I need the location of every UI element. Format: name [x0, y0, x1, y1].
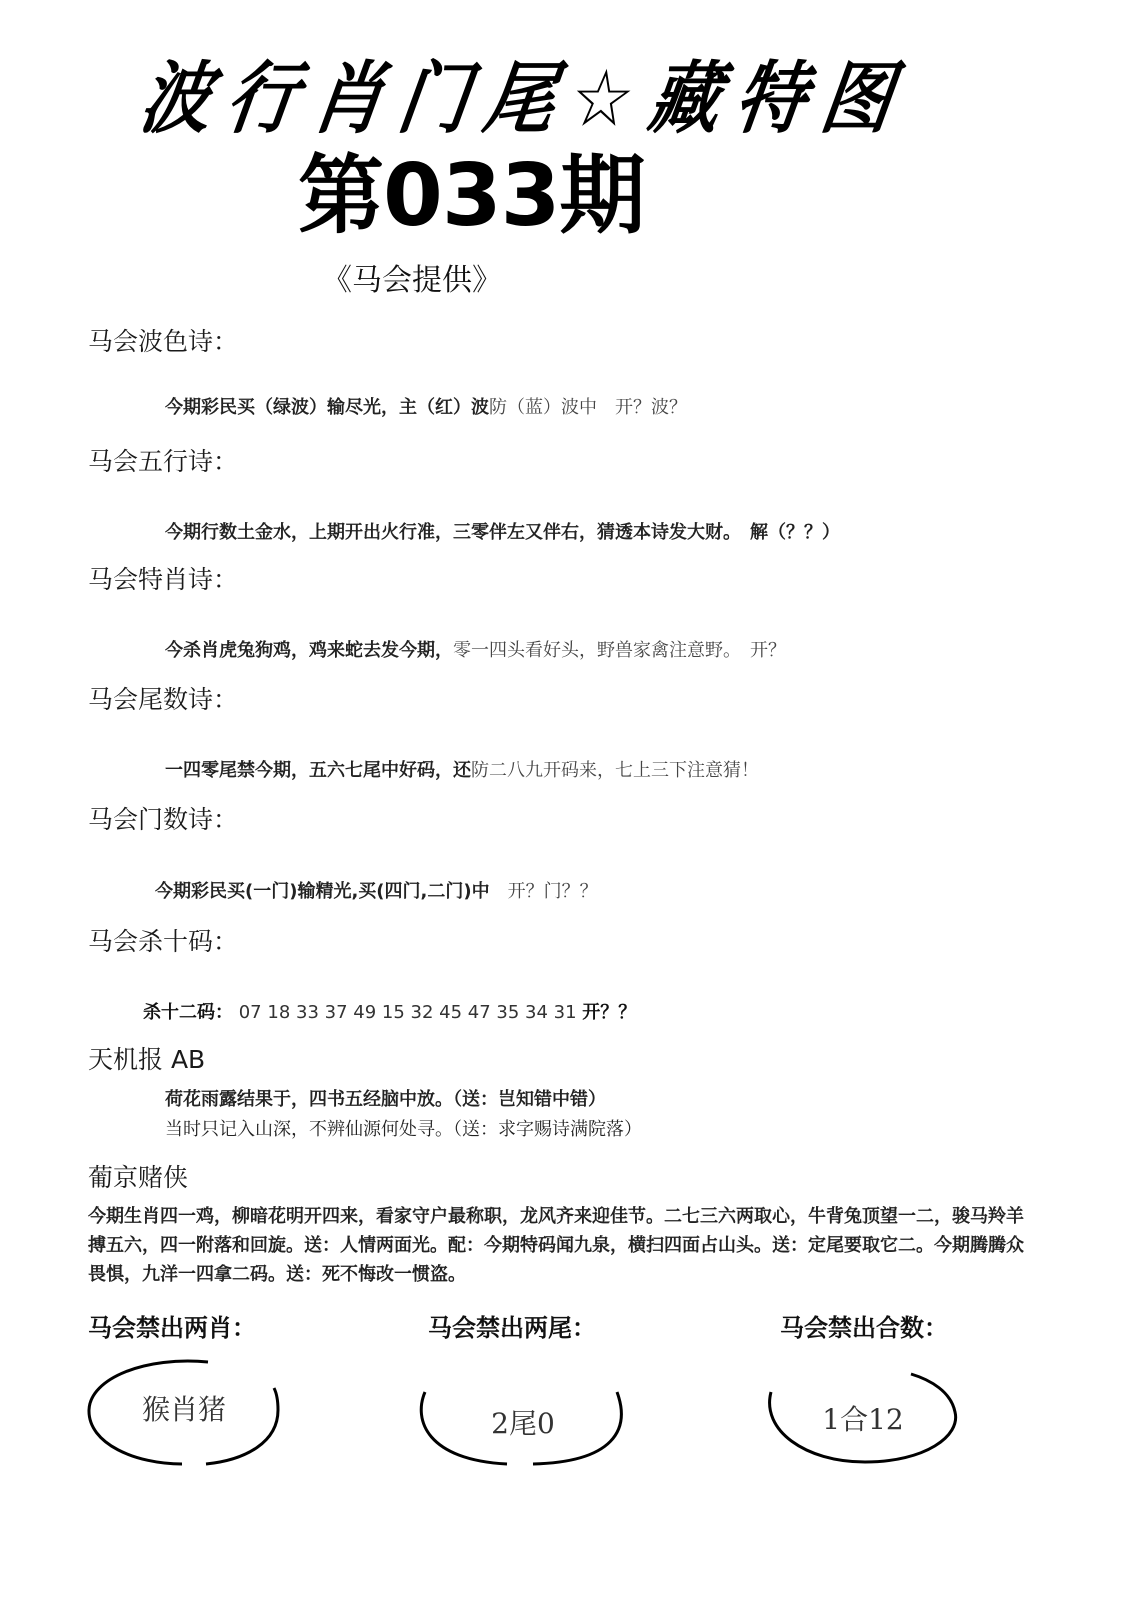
provider-label: 《马会提供》 — [322, 255, 502, 299]
pujing-heading: 葡京赌侠 — [88, 1158, 188, 1194]
kill-twelve-label: 杀十二码： — [143, 1002, 233, 1023]
ban-sum-heading: 马会禁出合数： — [780, 1308, 948, 1343]
special-zodiac-poem: 今杀肖虎兔狗鸡，鸡来蛇去发今期，零一四头看好头，野兽家禽注意野。 开？ — [165, 636, 786, 662]
ban-sum-oval: 1合12 — [765, 1370, 961, 1466]
special-zodiac-heading: 马会特肖诗： — [88, 560, 238, 596]
wave-color-poem-main: 今期彩民买（绿波）输尽光，主（红）波 — [165, 397, 489, 418]
kill-ten-heading: 马会杀十码： — [88, 922, 238, 958]
ban-zodiac-oval: 猴肖猪 — [86, 1358, 282, 1466]
door-number-poem-main: 今期彩民买(一门)输精光,买(四门,二门)中 — [155, 881, 490, 902]
door-number-poem-tail: 开？门？？ — [490, 881, 598, 902]
pujing-paragraph: 今期生肖四一鸡，柳暗花明开四来，看家守户最称职，龙风齐来迎佳节。二七三六两取心，… — [88, 1202, 1038, 1289]
five-elements-poem-tail: 解（？？） — [732, 522, 840, 543]
ban-tail-value: 2尾0 — [417, 1402, 629, 1442]
ban-zodiac-heading: 马会禁出两肖： — [88, 1308, 256, 1343]
tail-number-poem-tail: 防二八九开码来，七上三下注意猜！ — [471, 760, 759, 781]
tail-number-heading: 马会尾数诗： — [88, 680, 238, 716]
tianji-line-2: 当时只记入山深，不辨仙源何处寻。（送：求字赐诗满院落） — [165, 1115, 642, 1141]
ban-tail-oval: 2尾0 — [417, 1390, 629, 1466]
ban-zodiac-value: 猴肖猪 — [86, 1388, 282, 1428]
five-elements-heading: 马会五行诗： — [88, 442, 238, 478]
issue-number: 第033期 — [298, 126, 645, 250]
special-zodiac-poem-main: 今杀肖虎兔狗鸡，鸡来蛇去发今期， — [165, 640, 453, 661]
wave-color-poem: 今期彩民买（绿波）输尽光，主（红）波防（蓝）波中 开？波？ — [165, 393, 687, 419]
tianji-heading: 天机报 AB — [88, 1040, 205, 1076]
wave-color-poem-tail: 防（蓝）波中 开？波？ — [489, 397, 687, 418]
ban-tail-heading: 马会禁出两尾： — [428, 1308, 596, 1343]
five-elements-poem-main: 今期行数土金水，上期开出火行准，三零伴左又伴右，猜透本诗发大财。 — [165, 522, 732, 543]
tail-number-poem: 一四零尾禁今期，五六七尾中好码，还防二八九开码来，七上三下注意猜！ — [165, 756, 759, 782]
five-elements-poem: 今期行数土金水，上期开出火行准，三零伴左又伴右，猜透本诗发大财。 解（？？） — [165, 518, 840, 544]
kill-twelve-suffix: 开？？ — [582, 1002, 636, 1023]
tianji-line-1: 荷花雨露结果于，四书五经脑中放。（送：岂知错中错） — [165, 1085, 606, 1111]
kill-twelve-numbers: 07 18 33 37 49 15 32 45 47 35 34 31 — [239, 1002, 577, 1023]
special-zodiac-poem-tail: 零一四头看好头，野兽家禽注意野。 开？ — [453, 640, 786, 661]
wave-color-heading: 马会波色诗： — [88, 322, 238, 358]
door-number-heading: 马会门数诗： — [88, 800, 238, 836]
ban-sum-value: 1合12 — [765, 1398, 961, 1438]
door-number-poem: 今期彩民买(一门)输精光,买(四门,二门)中 开？门？？ — [155, 877, 598, 903]
tail-number-poem-main: 一四零尾禁今期，五六七尾中好码，还 — [165, 760, 471, 781]
kill-twelve-line: 杀十二码： 07 18 33 37 49 15 32 45 47 35 34 3… — [143, 998, 636, 1024]
